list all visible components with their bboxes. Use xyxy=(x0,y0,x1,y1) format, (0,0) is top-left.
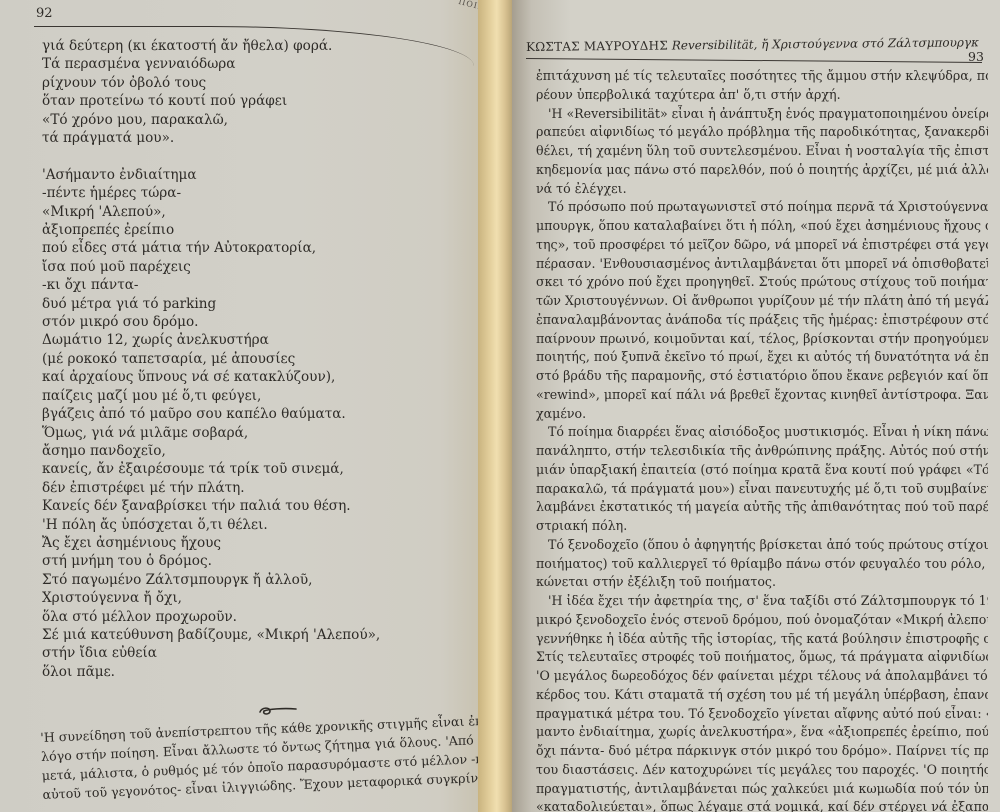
poem-line: 'Ασήμαντο ἐνδιαίτημα xyxy=(42,166,380,184)
prose-line: μπουργκ, ὅπου καταλαβαίνει ὅτι ἡ πόλη, «… xyxy=(536,217,988,236)
poem-line: Ἄς ἔχει ἀσημένιους ἤχους xyxy=(42,534,380,552)
poem-line: τά πράγματά μου». xyxy=(42,129,380,147)
poem-line: ὅλα στό μέλλον προχωροῦν. xyxy=(42,608,380,626)
prose-line: 'Ο μεγάλος δωρεοδόχος δέν φαίνεται μέχρι… xyxy=(536,667,988,686)
prose-line: «rewind», μπορεῖ καί πάλι νά βρεθεῖ ἔχον… xyxy=(536,386,988,405)
prose-line: λαμβάνει ἐκστατικός τή μαγεία αὐτῆς τῆς … xyxy=(536,498,988,517)
prose-line: Τό ξενοδοχεῖο (ὅπου ὁ ἀφηγητής βρίσκεται… xyxy=(536,536,988,555)
prose-line: κώνεται στήν ἐξέλιξη τοῦ ποιήματος. xyxy=(536,573,988,592)
poem-line: -κι ὄχι πάντα- xyxy=(42,276,380,294)
prose-line: παίρνουν πρωινό, κοιμοῦνται καί, τέλος, … xyxy=(536,330,988,349)
poem-line: ἀξιοπρεπές ἐρείπιο xyxy=(42,221,380,239)
prose-line: ποιητής, πού ξυπνᾶ ἐκεῖνο τό πρωί, ἔχει … xyxy=(536,348,988,367)
poem-stanza-1: γιά δεύτερη (κι έκατοστή ἄν ἤθελα) φορά.… xyxy=(42,37,380,147)
page-number-left: 92 xyxy=(36,6,53,21)
poem-line: πού εἶδες στά μάτια τήν Αὐτοκρατορία, xyxy=(42,239,380,257)
prose-line: Τό πρόσωπο πού πρωταγωνιστεῖ στό ποίημα … xyxy=(536,198,988,217)
poem-stanza-2: 'Ασήμαντο ἐνδιαίτημα -πέντε ἡμέρες τώρα-… xyxy=(42,166,380,681)
poem-line: δέν ἐπιστρέφει μέ τήν πλάτη. xyxy=(42,479,380,497)
poem-line: -πέντε ἡμέρες τώρα- xyxy=(42,184,380,202)
prose-line: χαμένο. xyxy=(536,405,988,424)
running-head-author: ΚΩΣΤΑΣ ΜΑΥΡΟΥΔΗΣ xyxy=(526,39,668,54)
prose-line: ραπεύει αἰφνιδίως τό μεγάλο πρόβλημα τῆς… xyxy=(536,123,988,142)
prose-line: ἐπαναλαμβάνοντας ἀνάποδα τίς πράξεις τῆς… xyxy=(536,311,988,330)
poem-line: στή μνήμη του ὁ δρόμος. xyxy=(42,552,380,570)
poem-line: Χριστούγεννα ἤ ὄχι, xyxy=(42,589,380,607)
poem-line: Τά περασμένα γενναιόδωρα xyxy=(42,55,380,73)
prose-line: γεννήθηκε ἡ ἰδέα αὐτῆς τῆς ἱστορίας, τῆς… xyxy=(536,630,988,649)
prose-line: σκει τό χρόνο πού ἔχει προηγηθεῖ. Στούς … xyxy=(536,273,988,292)
prose-line: 'Η ἰδέα ἔχει τήν ἀφετηρία της, σ' ἕνα τα… xyxy=(536,592,988,611)
poem-line: βγάζεις ἀπό τό μαῦρο σου καπέλο θαύματα. xyxy=(42,405,380,423)
prose-line: ποιήματος) τοῦ καλλιεργεῖ τό θρίαμβο πάν… xyxy=(536,555,988,574)
prose-line: της», τοῦ προσφέρει τό μεῖζον δῶρο, νά μ… xyxy=(536,236,988,255)
poem-line: καί ἀρχαίους ὕπνους νά σέ κατακλύζουν), xyxy=(42,368,380,386)
prose-line: πραγματικά μέτρα του. Τό ξενοδοχεῖο γίνε… xyxy=(536,705,988,724)
poem-line: ὅταν προτείνω τό κουτί πού γράφει xyxy=(42,92,380,110)
poem-line: Ὅμως, γιά νά μιλᾶμε σοβαρά, xyxy=(42,424,380,442)
poem-line: παίζεις μαζί μου μέ ὅ,τι φεύγει, xyxy=(42,387,380,405)
poem-line: ἄσημο πανδοχεῖο, xyxy=(42,442,380,460)
book-spine xyxy=(478,0,512,812)
poem-line: Στό παγωμένο Ζάλτσμπουργκ ἤ ἀλλοῦ, xyxy=(42,571,380,589)
poem-line: Δωμάτιο 12, χωρίς ἀνελκυστήρα xyxy=(42,331,380,349)
prose-line: μαντο ἐνδιαίτημα, χωρίς ἀνελκυστήρα», ἕν… xyxy=(536,723,988,742)
prose-line: πανάληπτο, στήν τελεσιδικία τῆς ἀνθρώπιν… xyxy=(536,442,988,461)
poem-line: 'Η πόλη ἄς ὑπόσχεται ὅ,τι θέλει. xyxy=(42,516,380,534)
poem-line: γιά δεύτερη (κι έκατοστή ἄν ἤθελα) φορά. xyxy=(42,37,380,55)
poem-line: δυό μέτρα γιά τό parking xyxy=(42,295,380,313)
poem-line: ρίχνουν τόν ὀβολό τους xyxy=(42,74,380,92)
prose-left: 'Η συνείδηση τοῦ ἀνεπίστρεπτου τῆς κάθε … xyxy=(40,710,478,804)
prose-line: ἐπιτάχυνση μέ τίς τελευταῖες ποσότητες τ… xyxy=(536,67,988,86)
prose-line: Τό ποίημα διαρρέει ἕνας αἰσιόδοξος μυστι… xyxy=(536,423,988,442)
running-head-left: ΠΟΙΗΣΗ xyxy=(458,0,478,16)
prose-line: κέρδος του. Κάτι σταματᾶ τή σχέση του μέ… xyxy=(536,686,988,705)
flourish-ornament-icon xyxy=(258,704,298,718)
poem-line: Σέ μιά κατεύθυνση βαδίζουμε, «Μικρή 'Αλε… xyxy=(42,626,380,644)
prose-line: ρέουν ὑπερβολικά ταχύτερα ἀπ' ὅ,τι στήν … xyxy=(536,86,988,105)
prose-line: μικρό ξενοδοχεῖο ἑνός στενοῦ δρόμου, πού… xyxy=(536,611,988,630)
prose-line: νά τό ἐλέγχει. xyxy=(536,180,988,199)
poem-line: «Μικρή 'Αλεπού», xyxy=(42,203,380,221)
prose-line: τῶν Χριστουγέννων. Οἱ ἄνθρωποι γυρίζουν … xyxy=(536,292,988,311)
left-page: 92 ΠΟΙΗΣΗ γιά δεύτερη (κι έκατοστή ἄν ἤθ… xyxy=(0,0,478,812)
prose-line: Στίς τελευταῖες στροφές τοῦ ποιήματος, ὅ… xyxy=(536,648,988,667)
poem-line: ἴσα πού μοῦ παρέχεις xyxy=(42,258,380,276)
prose-line: ὄχι πάντα- δυό μέτρα πάρκινγκ στόν μικρό… xyxy=(536,742,988,761)
prose-line: 'Η «Reversibilität» εἶναι ἡ ἀνάπτυξη ἑνό… xyxy=(536,105,988,124)
prose-line: στό βράδυ τῆς παραμονῆς, στό ἑστιατόριο … xyxy=(536,367,988,386)
prose-line: κηδεμονία μας πάνω στό παρελθόν, πού ὁ π… xyxy=(536,161,988,180)
prose-line: θέλει, τή χαμένη ὕλη τοῦ συντελεσμένου. … xyxy=(536,142,988,161)
prose-right: ἐπιτάχυνση μέ τίς τελευταῖες ποσότητες τ… xyxy=(536,67,988,812)
poem-line: «Τό χρόνο μου, παρακαλῶ, xyxy=(42,111,380,129)
prose-line: μιάν ὑπαρξιακή ἐπαιτεία (στό ποίημα κρατ… xyxy=(536,461,988,480)
poem-line: (μέ ροκοκό ταπετσαρία, μέ ἀπουσίες xyxy=(42,350,380,368)
stanza-break xyxy=(42,147,380,165)
prose-line: πραγματιστής, ἀντιλαμβάνεται πώς χαλκεύε… xyxy=(536,780,988,799)
poem-line: στόν μικρό σου δρόμο. xyxy=(42,313,380,331)
prose-line: στριακή πόλη. xyxy=(536,517,988,536)
prose-line: του διαστάσεις. Δέν κατοχυρώνει τίς μεγά… xyxy=(536,761,988,780)
poem: γιά δεύτερη (κι έκατοστή ἄν ἤθελα) φορά.… xyxy=(42,37,380,681)
poem-line: Κανείς δέν ξαναβρίσκει τήν παλιά του θέσ… xyxy=(42,497,380,515)
prose-line: παρακαλῶ, τά πράγματά μου») εἶναι πανευτ… xyxy=(536,480,988,499)
poem-line: ὅλοι πᾶμε. xyxy=(42,663,380,681)
prose-line: «καταδολιεύεται», ὅπως λέγαμε στά νομικά… xyxy=(536,798,988,812)
poem-line: στήν ἴδια εὐθεία xyxy=(42,644,380,662)
poem-line: κανείς, ἄν ἐξαιρέσουμε τά τρίκ τοῦ σινεμ… xyxy=(42,460,380,478)
prose-line: πέρασαν. 'Ενθουσιασμένος ἀντιλαμβάνεται … xyxy=(536,255,988,274)
